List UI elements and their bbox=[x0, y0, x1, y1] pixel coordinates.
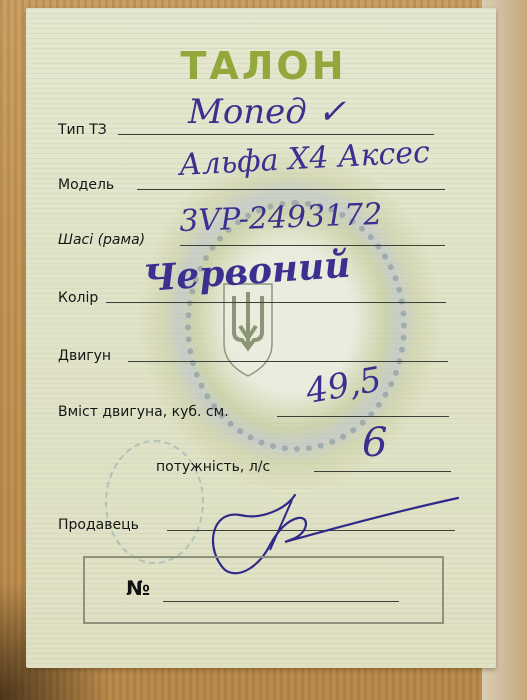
field-line-model bbox=[137, 189, 445, 190]
field-line-engine-capacity bbox=[277, 416, 449, 417]
field-label-chassis: Шасі (рама) bbox=[58, 232, 145, 248]
field-label-engine: Двигун bbox=[58, 348, 111, 364]
field-line-power bbox=[314, 471, 451, 472]
document-title: ТАЛОН bbox=[0, 44, 527, 88]
field-value-chassis: 3VP-2493172 bbox=[179, 197, 383, 239]
field-label-power: потужність, л/с bbox=[156, 459, 270, 475]
field-value-power: 6 bbox=[362, 420, 387, 466]
field-label-engine-capacity: Вміст двигуна, куб. см. bbox=[58, 404, 229, 420]
field-line-color bbox=[106, 302, 446, 303]
field-label-vehicle-type: Тип ТЗ bbox=[58, 122, 107, 138]
field-label-seller: Продавець bbox=[58, 517, 139, 533]
field-label-model: Модель bbox=[58, 177, 114, 193]
field-line-vehicle-type bbox=[118, 134, 434, 135]
field-value-vehicle-type: Мопед ✓ bbox=[188, 92, 346, 132]
field-label-color: Колір bbox=[58, 290, 98, 306]
number-line bbox=[163, 601, 399, 602]
field-line-engine bbox=[128, 361, 448, 362]
number-label: № bbox=[126, 576, 150, 600]
trident-icon bbox=[222, 282, 274, 378]
